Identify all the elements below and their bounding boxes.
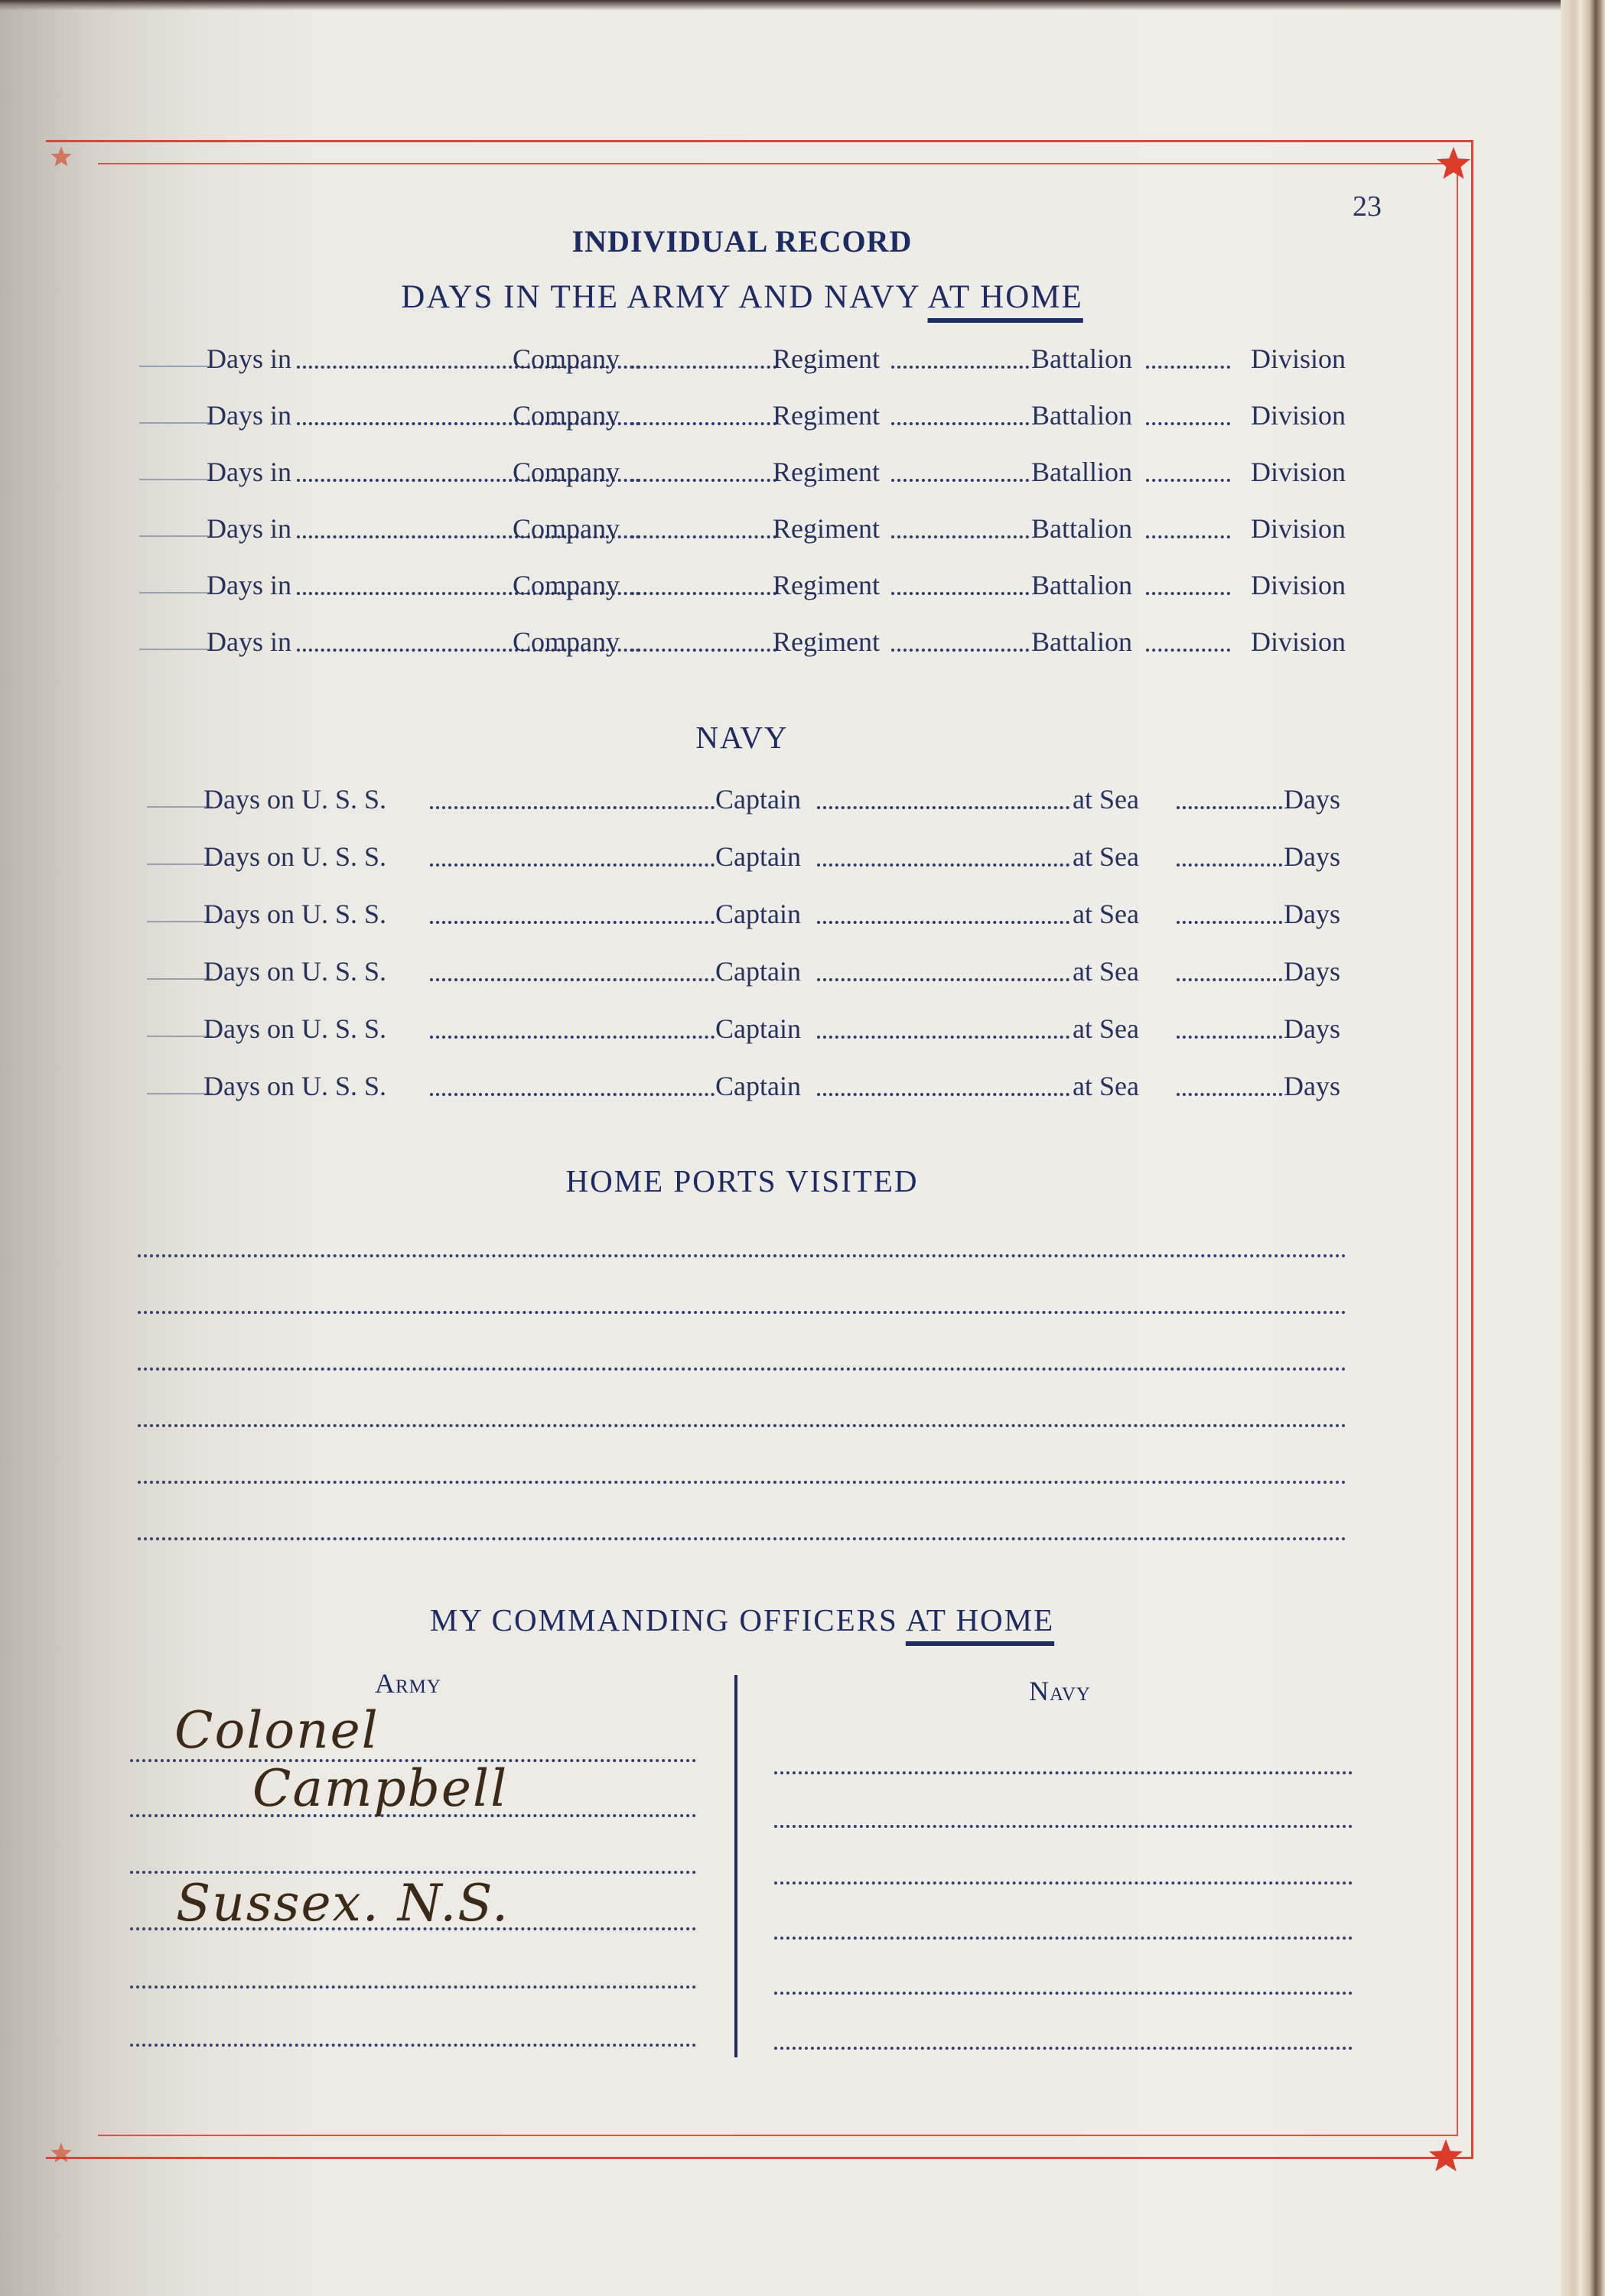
army-officer-entry-line[interactable] xyxy=(130,2044,696,2047)
at-sea-label: at Sea xyxy=(1073,955,1139,987)
handwritten-entry: Colonel xyxy=(174,1701,379,1760)
ship-name-field[interactable] xyxy=(430,863,715,867)
regiment-label: Regiment xyxy=(773,512,880,545)
handwritten-entry: Sussex. N.S. xyxy=(176,1874,509,1933)
battalion-label: Battalion xyxy=(1031,569,1132,601)
ship-name-field[interactable] xyxy=(430,806,715,809)
navy-heading: NAVY xyxy=(0,719,1484,756)
days-label: Days xyxy=(1284,783,1340,815)
heading-text: MY COMMANDING OFFICERS xyxy=(430,1602,906,1637)
navy-officer-entry-line[interactable] xyxy=(774,1937,1353,1940)
home-port-entry-line[interactable] xyxy=(138,1424,1346,1427)
days-at-sea-field[interactable] xyxy=(1177,1093,1282,1096)
days-on-uss-label: Days on U. S. S. xyxy=(203,955,386,987)
days-in-label: Days in xyxy=(207,626,291,658)
home-port-entry-line[interactable] xyxy=(138,1481,1346,1484)
navy-officer-entry-line[interactable] xyxy=(774,1992,1353,1995)
page-title: INDIVIDUAL RECORD xyxy=(0,223,1484,259)
home-port-entry-line[interactable] xyxy=(138,1311,1346,1314)
company-label: Company xyxy=(513,512,620,545)
army-row: Days inCompanyRegimentBattalionDivision xyxy=(130,399,1354,437)
division-label: Division xyxy=(1251,399,1346,431)
at-sea-label: at Sea xyxy=(1073,898,1139,930)
battalion-label: Battalion xyxy=(1031,626,1132,658)
days-on-uss-label: Days on U. S. S. xyxy=(203,1013,386,1045)
division-field[interactable] xyxy=(1146,366,1230,369)
captain-name-field[interactable] xyxy=(817,1093,1069,1096)
battalion-field[interactable] xyxy=(891,422,1029,425)
captain-label: Captain xyxy=(715,1013,801,1045)
star-icon xyxy=(46,145,77,168)
battalion-label: Batallion xyxy=(1031,456,1132,488)
captain-label: Captain xyxy=(715,898,801,930)
heading-text: DAYS IN THE ARMY AND NAVY xyxy=(401,279,927,315)
regiment-field[interactable] xyxy=(631,592,776,595)
army-row: Days inCompanyRegimentBattalionDivision xyxy=(130,343,1354,381)
ship-name-field[interactable] xyxy=(430,1093,715,1096)
commanding-officers-heading: MY COMMANDING OFFICERS AT HOME xyxy=(0,1602,1484,1638)
company-label: Company xyxy=(513,569,620,601)
days-on-uss-label: Days on U. S. S. xyxy=(203,783,386,815)
days-count-field[interactable] xyxy=(139,422,210,424)
navy-officer-entry-line[interactable] xyxy=(774,1881,1353,1885)
regiment-label: Regiment xyxy=(773,626,880,658)
regiment-label: Regiment xyxy=(773,569,880,601)
captain-label: Captain xyxy=(715,1070,801,1102)
page-top-shadow xyxy=(0,0,1605,11)
days-at-sea-field[interactable] xyxy=(1177,1036,1282,1039)
days-on-uss-label: Days on U. S. S. xyxy=(203,898,386,930)
company-label: Company xyxy=(513,399,620,431)
navy-row: Days on U. S. S.Captainat SeaDays xyxy=(130,898,1354,936)
regiment-label: Regiment xyxy=(773,456,880,488)
battalion-label: Battalion xyxy=(1031,343,1132,375)
navy-row: Days on U. S. S.Captainat SeaDays xyxy=(130,1013,1354,1051)
at-sea-label: at Sea xyxy=(1073,783,1139,815)
navy-officer-entry-line[interactable] xyxy=(774,1771,1353,1774)
days-label: Days xyxy=(1284,841,1340,873)
column-divider xyxy=(734,1675,737,2057)
regiment-field[interactable] xyxy=(631,649,776,652)
navy-officer-entry-line[interactable] xyxy=(774,1825,1353,1828)
battalion-field[interactable] xyxy=(891,366,1029,369)
days-label: Days xyxy=(1284,898,1340,930)
days-in-label: Days in xyxy=(207,569,291,601)
days-in-label: Days in xyxy=(207,343,291,375)
captain-label: Captain xyxy=(715,783,801,815)
home-port-entry-line[interactable] xyxy=(138,1537,1346,1540)
days-in-label: Days in xyxy=(207,456,291,488)
at-sea-label: at Sea xyxy=(1073,1070,1139,1102)
army-row: Days inCompanyRegimentBattalionDivision xyxy=(130,626,1354,664)
heading-emphasis: AT HOME xyxy=(928,279,1083,315)
star-icon xyxy=(46,2142,77,2164)
home-ports-heading: HOME PORTS VISITED xyxy=(0,1163,1484,1199)
days-in-label: Days in xyxy=(207,399,291,431)
division-label: Division xyxy=(1251,569,1346,601)
battalion-label: Battalion xyxy=(1031,512,1132,545)
captain-name-field[interactable] xyxy=(817,921,1069,924)
company-label: Company xyxy=(513,456,620,488)
regiment-label: Regiment xyxy=(773,399,880,431)
navy-row: Days on U. S. S.Captainat SeaDays xyxy=(130,783,1354,821)
navy-column-label: Navy xyxy=(1029,1675,1091,1707)
star-icon xyxy=(1428,2138,1464,2174)
days-at-sea-field[interactable] xyxy=(1177,978,1282,981)
ship-name-field[interactable] xyxy=(430,978,715,981)
navy-row: Days on U. S. S.Captainat SeaDays xyxy=(130,1070,1354,1108)
page-number: 23 xyxy=(1353,190,1382,223)
at-sea-label: at Sea xyxy=(1073,1013,1139,1045)
division-label: Division xyxy=(1251,343,1346,375)
company-label: Company xyxy=(513,626,620,658)
division-field[interactable] xyxy=(1146,422,1230,425)
division-label: Division xyxy=(1251,626,1346,658)
days-label: Days xyxy=(1284,955,1340,987)
days-on-uss-label: Days on U. S. S. xyxy=(203,841,386,873)
navy-row: Days on U. S. S.Captainat SeaDays xyxy=(130,841,1354,879)
days-at-sea-field[interactable] xyxy=(1177,863,1282,867)
navy-row: Days on U. S. S.Captainat SeaDays xyxy=(130,955,1354,994)
regiment-field[interactable] xyxy=(631,422,776,425)
battalion-field[interactable] xyxy=(891,649,1029,652)
regiment-field[interactable] xyxy=(631,366,776,369)
handwritten-entry: Campbell xyxy=(252,1759,508,1818)
ship-name-field[interactable] xyxy=(430,921,715,924)
division-label: Division xyxy=(1251,512,1346,545)
captain-name-field[interactable] xyxy=(817,806,1069,809)
battalion-field[interactable] xyxy=(891,535,1029,538)
navy-officer-entry-line[interactable] xyxy=(774,2047,1353,2050)
captain-name-field[interactable] xyxy=(817,1036,1069,1039)
army-row: Days inCompanyRegimentBattalionDivision xyxy=(130,512,1354,551)
days-count-field[interactable] xyxy=(139,535,210,537)
division-field[interactable] xyxy=(1146,592,1230,595)
home-port-entry-line[interactable] xyxy=(138,1254,1346,1257)
days-label: Days xyxy=(1284,1013,1340,1045)
days-on-uss-label: Days on U. S. S. xyxy=(203,1070,386,1102)
days-count-field[interactable] xyxy=(139,366,210,367)
days-count-field[interactable] xyxy=(139,479,210,480)
regiment-label: Regiment xyxy=(773,343,880,375)
division-field[interactable] xyxy=(1146,479,1230,482)
battalion-field[interactable] xyxy=(891,479,1029,482)
army-column-label: Army xyxy=(375,1667,441,1699)
days-in-label: Days in xyxy=(207,512,291,545)
star-icon xyxy=(1435,145,1472,182)
at-sea-label: at Sea xyxy=(1073,841,1139,873)
ship-name-field[interactable] xyxy=(430,1036,715,1039)
army-row: Days inCompanyRegimentBatallionDivision xyxy=(130,456,1354,494)
army-row: Days inCompanyRegimentBattalionDivision xyxy=(130,569,1354,607)
page-stack-edge xyxy=(1561,0,1605,2296)
company-label: Company xyxy=(513,343,620,375)
battalion-label: Battalion xyxy=(1031,399,1132,431)
days-at-sea-field[interactable] xyxy=(1177,806,1282,809)
division-label: Division xyxy=(1251,456,1346,488)
regiment-field[interactable] xyxy=(631,479,776,482)
heading-emphasis: AT HOME xyxy=(906,1602,1054,1637)
captain-name-field[interactable] xyxy=(817,978,1069,981)
days-count-field[interactable] xyxy=(139,592,210,594)
home-port-entry-line[interactable] xyxy=(138,1368,1346,1371)
army-officer-entry-line[interactable] xyxy=(130,1985,696,1989)
days-count-field[interactable] xyxy=(139,649,210,650)
division-field[interactable] xyxy=(1146,535,1230,538)
battalion-field[interactable] xyxy=(891,592,1029,595)
captain-label: Captain xyxy=(715,841,801,873)
captain-name-field[interactable] xyxy=(817,863,1069,867)
days-at-sea-field[interactable] xyxy=(1177,921,1282,924)
section-heading-army-navy-at-home: DAYS IN THE ARMY AND NAVY AT HOME xyxy=(0,278,1484,316)
division-field[interactable] xyxy=(1146,649,1230,652)
regiment-field[interactable] xyxy=(631,535,776,538)
days-label: Days xyxy=(1284,1070,1340,1102)
captain-label: Captain xyxy=(715,955,801,987)
